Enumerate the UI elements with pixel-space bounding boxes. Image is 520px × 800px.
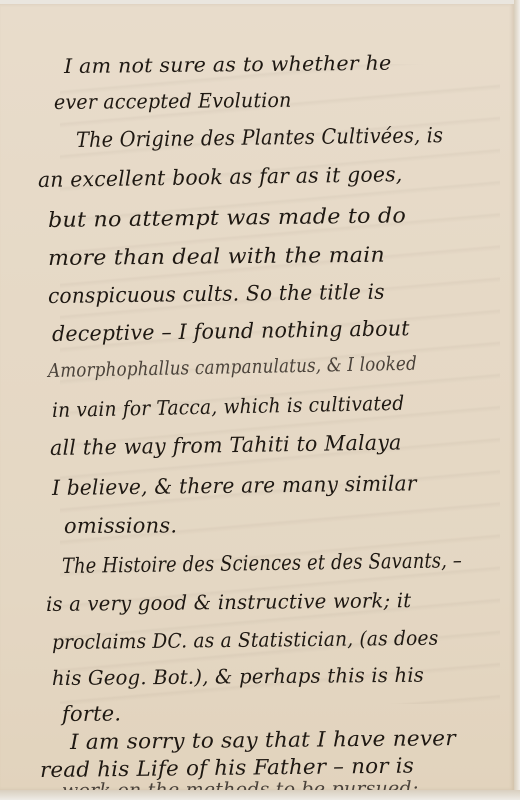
letter-line-16: proclaims DC. as a Statistician, (as doe… bbox=[52, 628, 439, 652]
letter-line-15: is a very good & instructive work; it bbox=[46, 590, 412, 614]
letter-line-1: I am not sure as to whether he bbox=[64, 53, 392, 76]
letter-line-9: Amorphophallus campanulatus, & I looked bbox=[48, 355, 417, 381]
letter-line-2: ever accepted Evolution bbox=[54, 90, 292, 112]
paper-bottom-edge bbox=[0, 790, 520, 800]
letter-line-7: conspicuous cults. So the title is bbox=[48, 282, 385, 307]
letter-line-8: deceptive – I found nothing about bbox=[52, 318, 410, 345]
paper-right-edge bbox=[514, 0, 520, 800]
letter-line-11: all the way from Tahiti to Malaya bbox=[50, 432, 402, 459]
letter-line-19: I am sorry to say that I have never bbox=[70, 728, 456, 753]
letter-line-3: The Origine des Plantes Cultivées, is bbox=[76, 125, 443, 151]
letter-line-13: omissions. bbox=[64, 515, 177, 537]
scan-background: I am not sure as to whether he ever acce… bbox=[0, 0, 520, 800]
letter-line-4: an excellent book as far as it goes, bbox=[38, 164, 403, 191]
letter-line-12: I believe, & there are many similar bbox=[52, 473, 417, 499]
letter-line-17: his Geog. Bot.), & perhaps this is his bbox=[52, 665, 424, 688]
letter-body: I am not sure as to whether he ever acce… bbox=[0, 4, 514, 794]
letter-paper: I am not sure as to whether he ever acce… bbox=[0, 4, 514, 790]
letter-line-18: forte. bbox=[62, 703, 121, 725]
letter-line-14: The Histoire des Sciences et des Savants… bbox=[62, 550, 462, 577]
letter-line-6: more than deal with the main bbox=[48, 245, 385, 269]
letter-line-10: in vain for Tacca, which is cultivated bbox=[52, 393, 405, 420]
letter-line-5: but no attempt was made to do bbox=[48, 205, 406, 231]
